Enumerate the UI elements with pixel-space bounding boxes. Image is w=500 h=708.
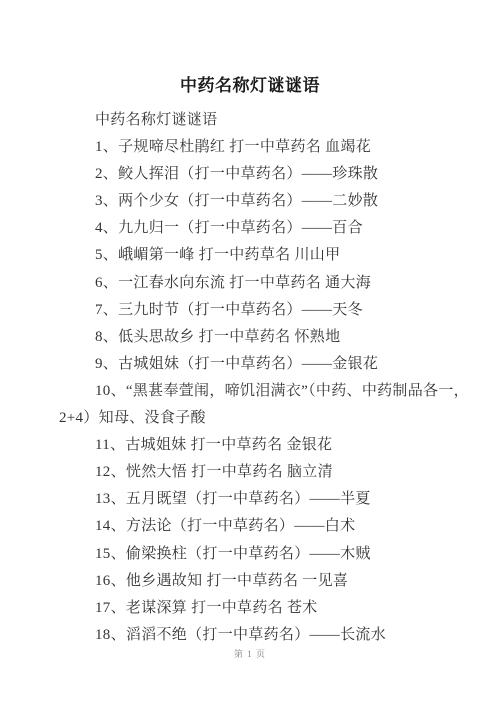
text-line: 6、一江春水向东流 打一中草药名 通大海	[59, 270, 441, 297]
text-line: 1、子规啼尽杜鹃红 打一中草药名 血竭花	[59, 134, 441, 161]
text-line: 14、方法论（打一中草药名）——白术	[59, 513, 441, 540]
text-line: 2、鲛人挥泪（打一中草药名）——珍珠散	[59, 161, 441, 188]
text-line: 18、滔滔不绝（打一中草药名）——长流水	[59, 622, 441, 649]
text-line: 10、“黑葚奉萱闱，啼饥泪满衣”（中药、中药制品各一，	[59, 378, 441, 405]
text-line: 9、古城姐妹（打一中草药名）——金银花	[59, 351, 441, 378]
text-line: 中药名称灯谜谜语	[59, 107, 441, 134]
text-line: 11、古城姐妹 打一中草药名 金银花	[59, 432, 441, 459]
document-body: 中药名称灯谜谜语1、子规啼尽杜鹃红 打一中草药名 血竭花2、鲛人挥泪（打一中草药…	[59, 107, 441, 649]
page-title: 中药名称灯谜谜语	[0, 71, 500, 96]
text-line: 13、五月既望（打一中草药名）——半夏	[59, 486, 441, 513]
text-line: 17、老谋深算 打一中草药名 苍术	[59, 595, 441, 622]
text-line: 7、三九时节（打一中草药名）——天冬	[59, 297, 441, 324]
text-line: 16、他乡遇故知 打一中草药名 一见喜	[59, 568, 441, 595]
document-page: 中药名称灯谜谜语 中药名称灯谜谜语1、子规啼尽杜鹃红 打一中草药名 血竭花2、鲛…	[0, 0, 500, 708]
page-number: 第 1 页	[0, 648, 500, 660]
text-line: 4、九九归一（打一中草药名）——百合	[59, 215, 441, 242]
text-line: 12、恍然大悟 打一中草药名 脑立清	[59, 459, 441, 486]
text-line: 15、偷梁换柱（打一中草药名）——木贼	[59, 541, 441, 568]
text-line: 5、峨嵋第一峰 打一中药草名 川山甲	[59, 242, 441, 269]
text-line: 3、两个少女（打一中草药名）——二妙散	[59, 188, 441, 215]
text-line: 2+4）知母、没食子酸	[59, 405, 441, 432]
text-line: 8、低头思故乡 打一中草药名 怀熟地	[59, 324, 441, 351]
